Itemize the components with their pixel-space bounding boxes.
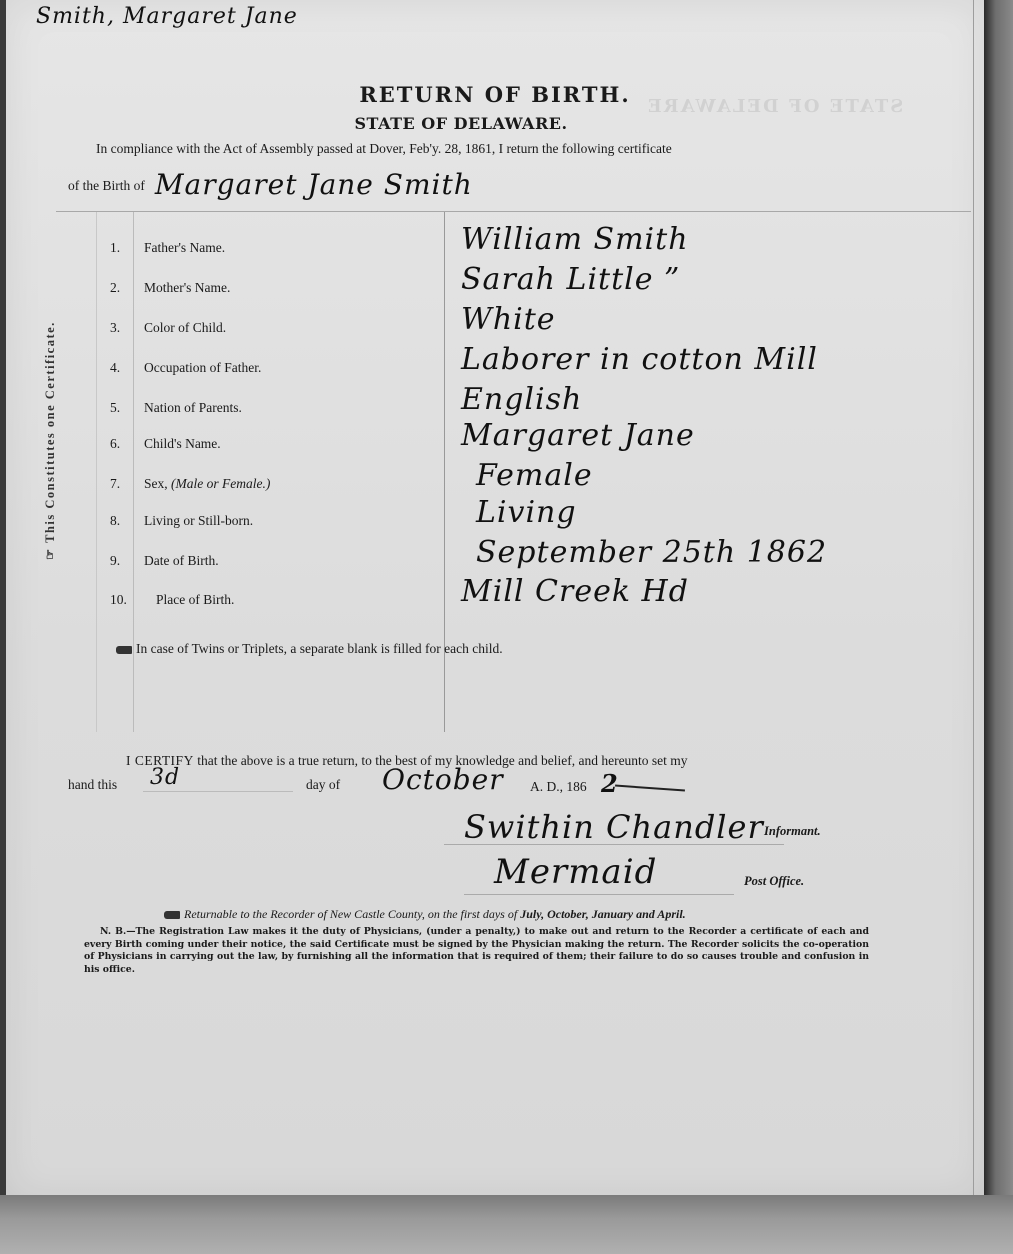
post-office-value: Mermaid xyxy=(494,852,657,892)
field-value: English xyxy=(461,382,582,417)
nb-registration-note: N. B.—The Registration Law makes it the … xyxy=(84,926,869,976)
birth-of-value: Margaret Jane Smith xyxy=(155,168,473,201)
field-number: 5. xyxy=(110,400,130,416)
returnable-months: July, October, January and April. xyxy=(520,907,685,921)
day-of-label: day of xyxy=(306,777,340,793)
field-number: 10. xyxy=(110,592,130,608)
table-top-rule xyxy=(56,211,971,212)
birth-of-line: of the Birth ofMargaret Jane Smith xyxy=(68,164,473,197)
field-label: Sex, (Male or Female.) xyxy=(144,476,270,492)
field-value: Female xyxy=(476,458,593,493)
field-value: Margaret Jane xyxy=(461,418,695,453)
intro-text: In compliance with the Act of Assembly p… xyxy=(96,141,876,157)
field-number: 8. xyxy=(110,513,130,529)
field-row-place-of-birth: 10. Place of Birth. Mill Creek Hd xyxy=(6,592,984,632)
field-value: White xyxy=(461,302,556,337)
certify-date-line: hand this 3d day of October A. D., 186 2 xyxy=(68,777,928,807)
field-label: Father's Name. xyxy=(144,240,225,256)
field-label: Child's Name. xyxy=(144,436,221,452)
informant-label: Informant. xyxy=(764,824,821,839)
field-value: September 25th 1862 xyxy=(476,535,827,570)
field-label-hint: (Male or Female.) xyxy=(171,476,270,491)
anno-domini-label: A. D., 186 xyxy=(530,779,587,795)
returnable-note: Returnable to the Recorder of New Castle… xyxy=(164,907,686,922)
birth-certificate-page: STATE OF DELAWARE Smith, Margaret Jane R… xyxy=(6,0,984,1200)
field-number: 1. xyxy=(110,240,130,256)
document-title: RETURN OF BIRTH. xyxy=(6,82,984,107)
month-value: October xyxy=(382,763,504,796)
post-office-label: Post Office. xyxy=(744,874,804,889)
field-number: 3. xyxy=(110,320,130,336)
field-value: William Smith xyxy=(461,222,689,257)
field-number: 6. xyxy=(110,436,130,452)
field-label: Place of Birth. xyxy=(156,592,234,608)
document-subtitle: STATE OF DELAWARE. xyxy=(6,114,916,133)
field-label: Occupation of Father. xyxy=(144,360,261,376)
field-label: Date of Birth. xyxy=(144,553,219,569)
index-note-handwritten: Smith, Margaret Jane xyxy=(36,4,298,29)
field-label: Mother's Name. xyxy=(144,280,230,296)
pointing-hand-icon xyxy=(164,911,180,919)
post-office-underline xyxy=(464,894,734,895)
field-label: Nation of Parents. xyxy=(144,400,242,416)
field-value: Laborer in cotton Mill xyxy=(461,342,818,377)
field-label: Color of Child. xyxy=(144,320,226,336)
scan-right-edge xyxy=(984,0,1013,1254)
informant-signature-line: Swithin Chandler Informant. xyxy=(464,808,864,844)
day-underline xyxy=(143,791,293,792)
hand-this-label: hand this xyxy=(68,777,117,793)
scan-bottom-shadow xyxy=(0,1195,1013,1254)
day-value: 3d xyxy=(150,765,180,790)
twins-note-text: In case of Twins or Triplets, a separate… xyxy=(136,641,503,656)
field-number: 4. xyxy=(110,360,130,376)
pointing-hand-icon xyxy=(116,646,132,654)
nb-note-text: N. B.—The Registration Law makes it the … xyxy=(84,926,869,975)
field-value: Mill Creek Hd xyxy=(461,574,689,609)
field-number: 9. xyxy=(110,553,130,569)
twins-note: In case of Twins or Triplets, a separate… xyxy=(116,641,503,657)
field-label: Living or Still-born. xyxy=(144,513,253,529)
field-number: 2. xyxy=(110,280,130,296)
year-flourish xyxy=(615,785,685,792)
informant-signature: Swithin Chandler xyxy=(464,808,764,846)
field-value: Sarah Little ” xyxy=(461,262,680,297)
field-value: Living xyxy=(476,495,577,530)
birth-of-label: of the Birth of xyxy=(68,178,145,193)
certify-statement: I CERTIFY that the above is a true retur… xyxy=(126,753,886,769)
year-digit-value: 2 xyxy=(601,769,619,798)
returnable-note-text: Returnable to the Recorder of New Castle… xyxy=(184,907,520,921)
post-office-line: Mermaid Post Office. xyxy=(464,856,864,896)
field-number: 7. xyxy=(110,476,130,492)
signature-underline xyxy=(444,844,784,845)
field-label-prefix: Sex, xyxy=(144,476,171,491)
